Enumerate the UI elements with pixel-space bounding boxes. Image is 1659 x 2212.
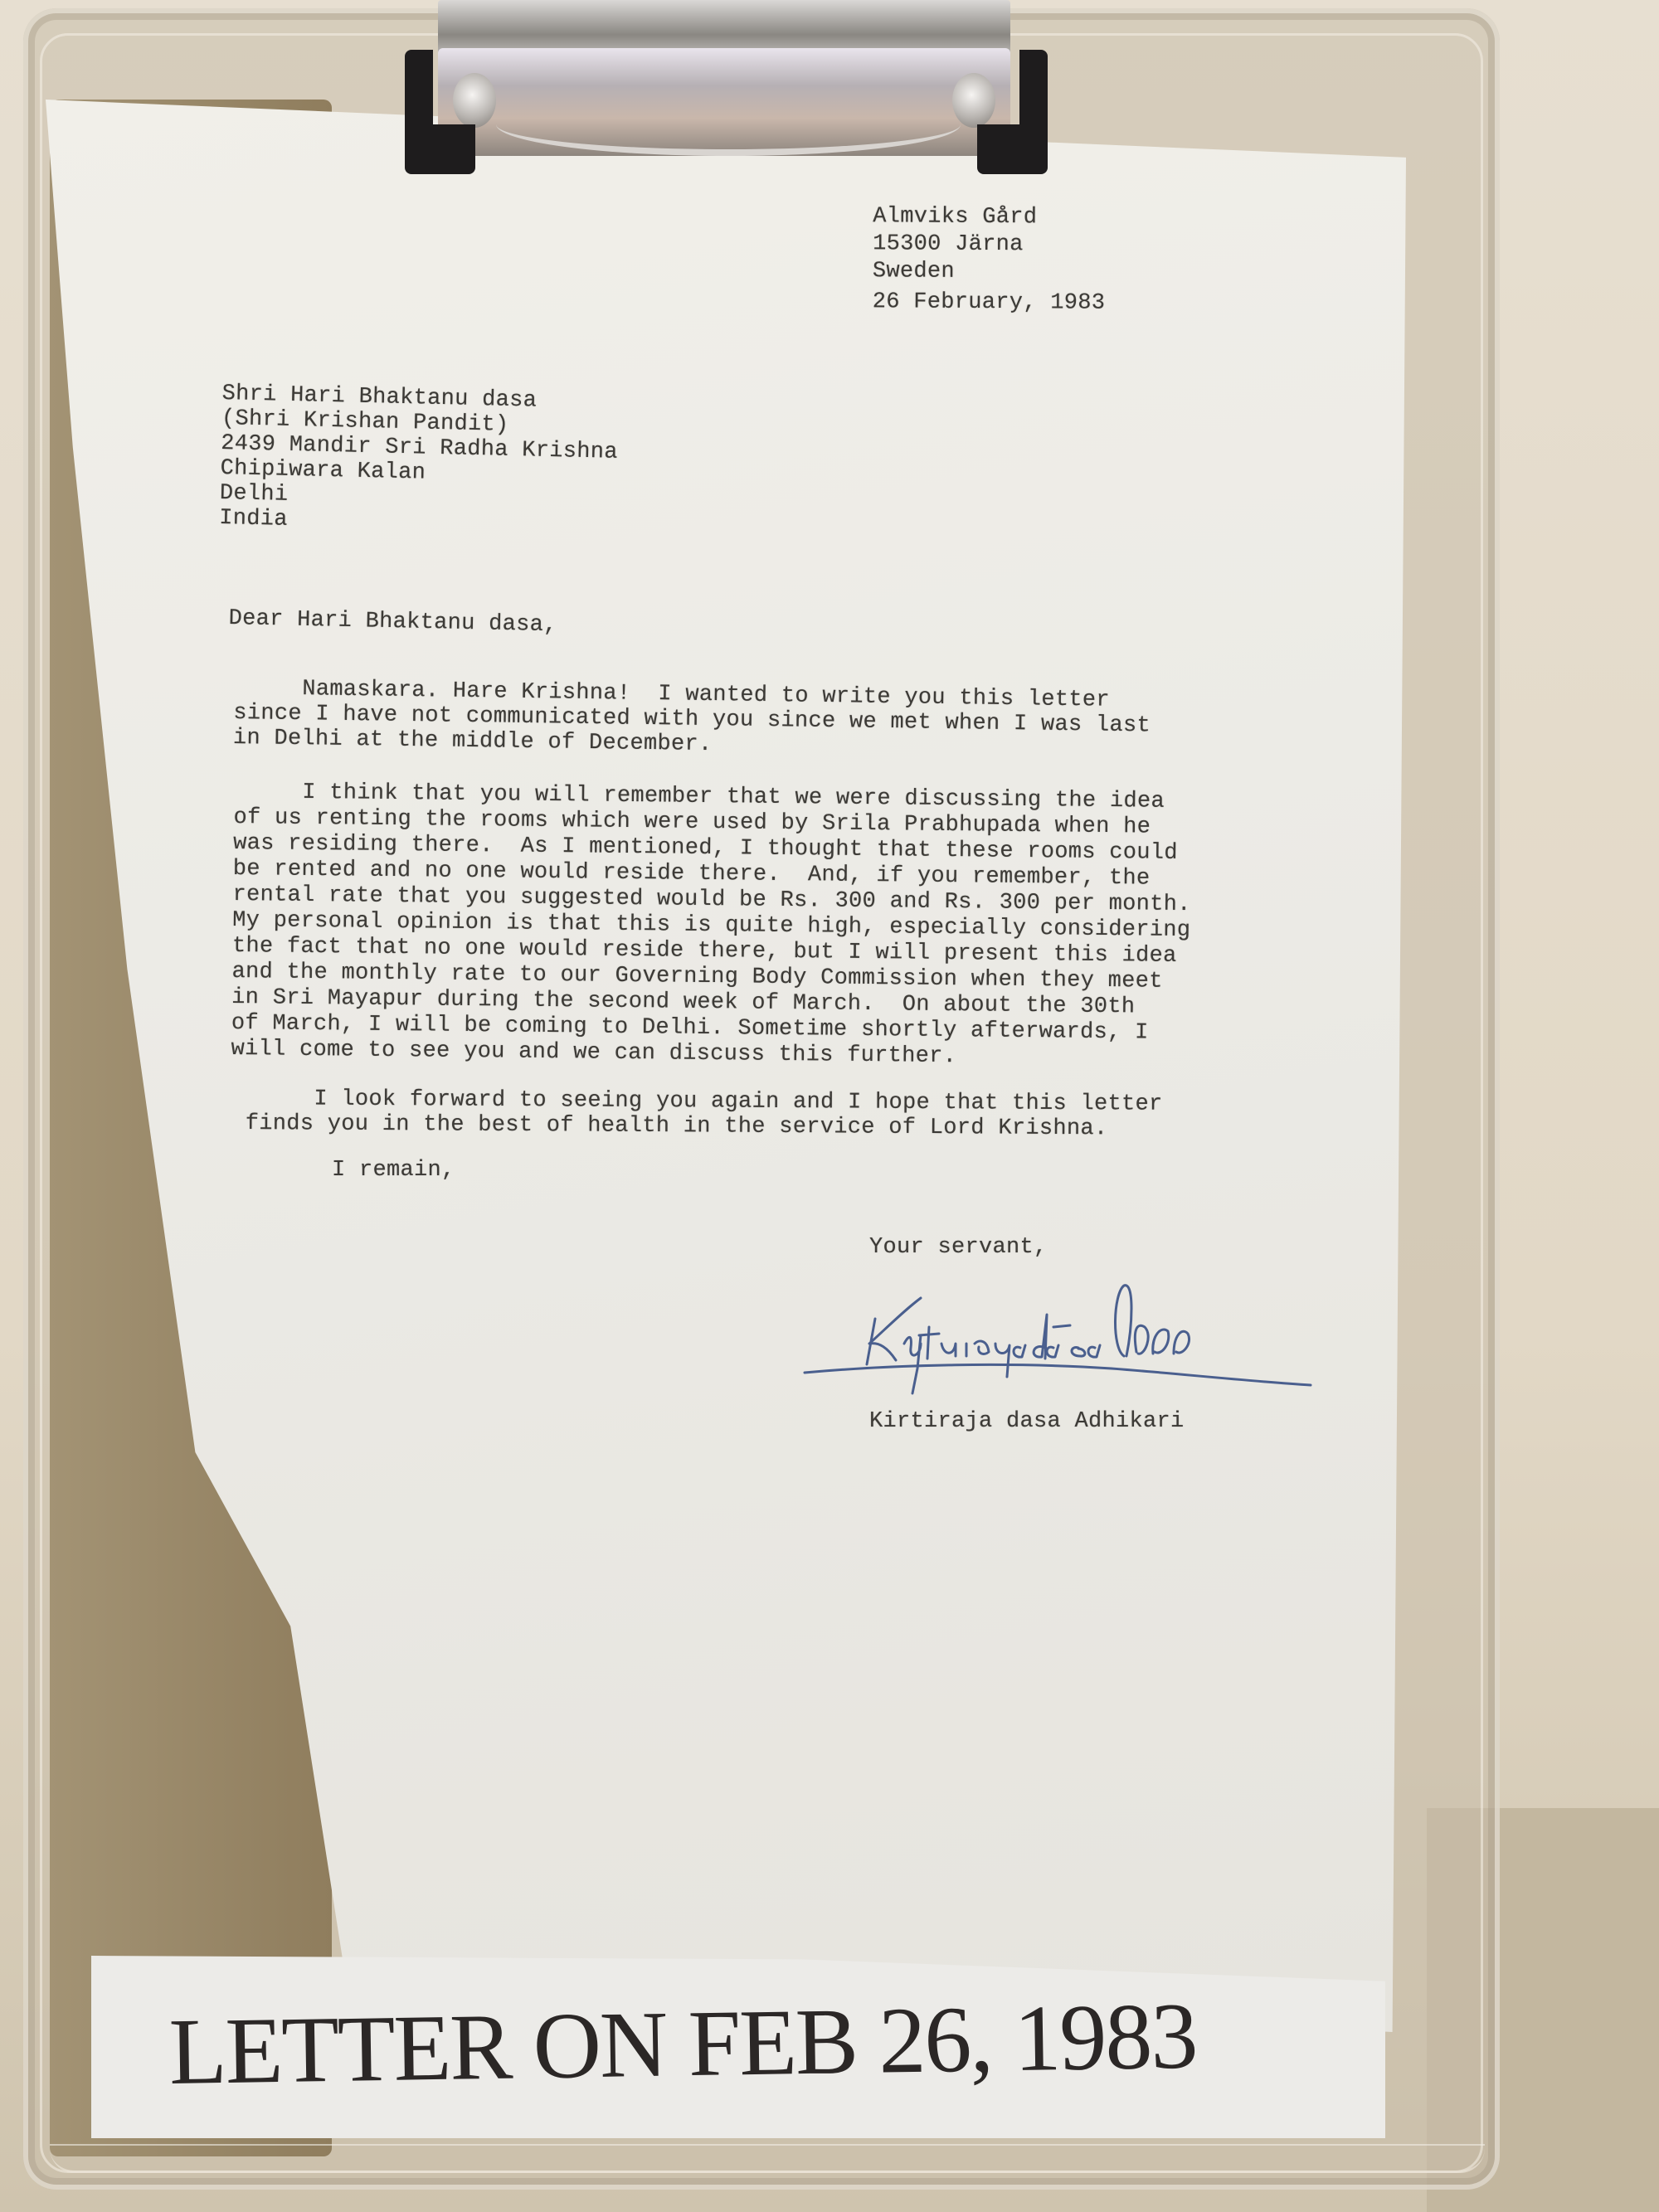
handwritten-signature: Kirtiraja dasa Adhikari xyxy=(796,1277,1377,1402)
caption-label: LETTER ON FEB 26, 1983 xyxy=(168,1981,1197,2107)
recipient-line: India xyxy=(219,506,288,532)
sender-line: Almviks Gård xyxy=(873,204,1037,230)
rivet-icon xyxy=(952,73,995,128)
paragraph-rental: I think that you will remember that we w… xyxy=(231,780,1192,1072)
letter-date: 26 February, 1983 xyxy=(873,289,1106,317)
sender-address: Almviks Gård 15300 Järna Sweden 26 Febru… xyxy=(873,203,1106,317)
closing-servant: Your servant, xyxy=(869,1234,1048,1261)
clipboard-clip[interactable] xyxy=(405,0,1044,178)
recipient-address: Shri Hari Bhaktanu dasa (Shri Krishan Pa… xyxy=(219,382,620,540)
clipboard-bottom-edge xyxy=(50,2144,1485,2173)
paragraph-greeting: Namaskara. Hare Krishna! I wanted to wri… xyxy=(233,676,1151,763)
paragraph-closing: I look forward to seeing you again and I… xyxy=(246,1087,1163,1142)
sender-line: Sweden xyxy=(873,259,955,284)
sender-line: 15300 Järna xyxy=(873,231,1024,257)
signer-name: Kirtiraja dasa Adhikari xyxy=(869,1408,1185,1435)
closing-remain: I remain, xyxy=(332,1157,455,1184)
recipient-line: Delhi xyxy=(220,481,289,508)
rivet-icon xyxy=(453,73,496,128)
